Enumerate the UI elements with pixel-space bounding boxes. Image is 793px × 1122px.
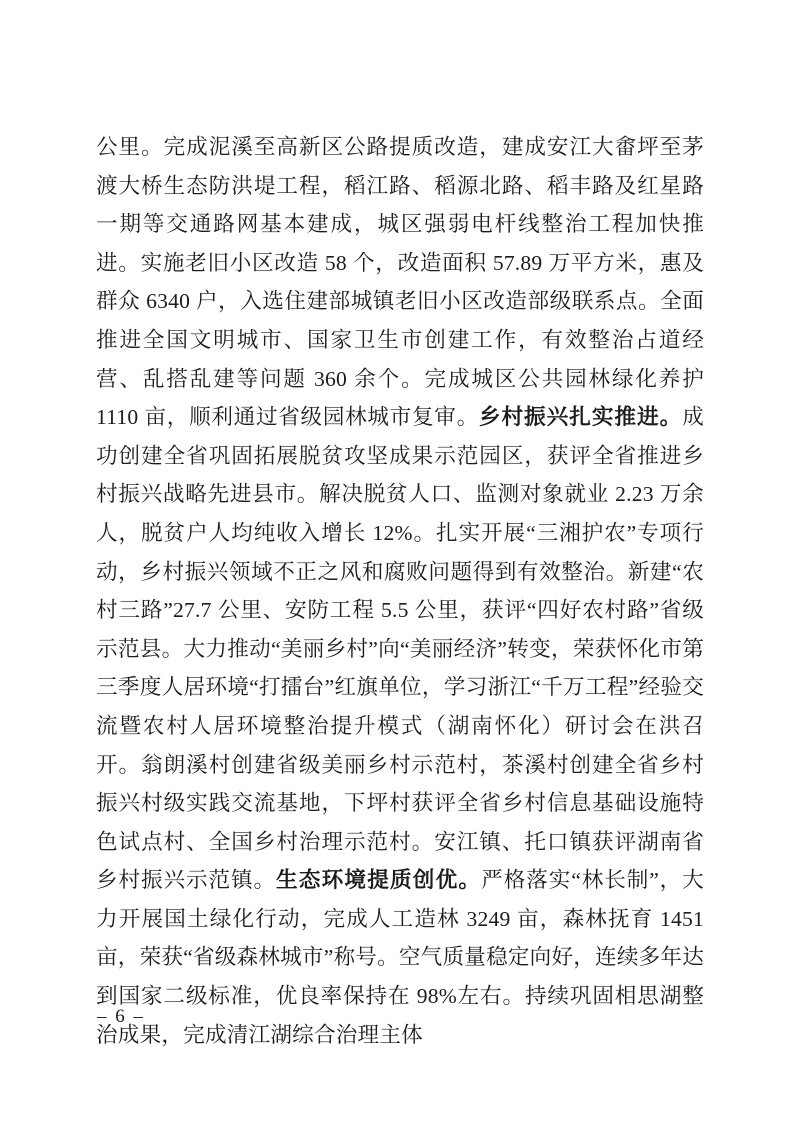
body-text-segment: 公里。完成泥溪至高新区公路提质改造，建成安江大畬坪至茅渡大桥生态防洪堤工程，稻江… [96,135,704,429]
body-text-segment: 严格落实“林长制”，大力开展国土绿化行动，完成人工造林 3249 亩，森林抚育 … [96,868,704,1046]
page-number: – 6 – [97,1003,145,1031]
page-body-text: 公里。完成泥溪至高新区公路提质改造，建成安江大畬坪至茅渡大桥生态防洪堤工程，稻江… [96,128,704,1054]
body-text-segment: 成功创建全省巩固拓展脱贫攻坚成果示范园区，获评全省推进乡村振兴战略先进县市。解决… [96,405,704,892]
inline-bold-heading: 生态环境提质创优。 [276,867,481,892]
document-page: 公里。完成泥溪至高新区公路提质改造，建成安江大畬坪至茅渡大桥生态防洪堤工程，稻江… [0,0,793,1122]
inline-bold-heading: 乡村振兴扎实推进。 [479,404,682,429]
